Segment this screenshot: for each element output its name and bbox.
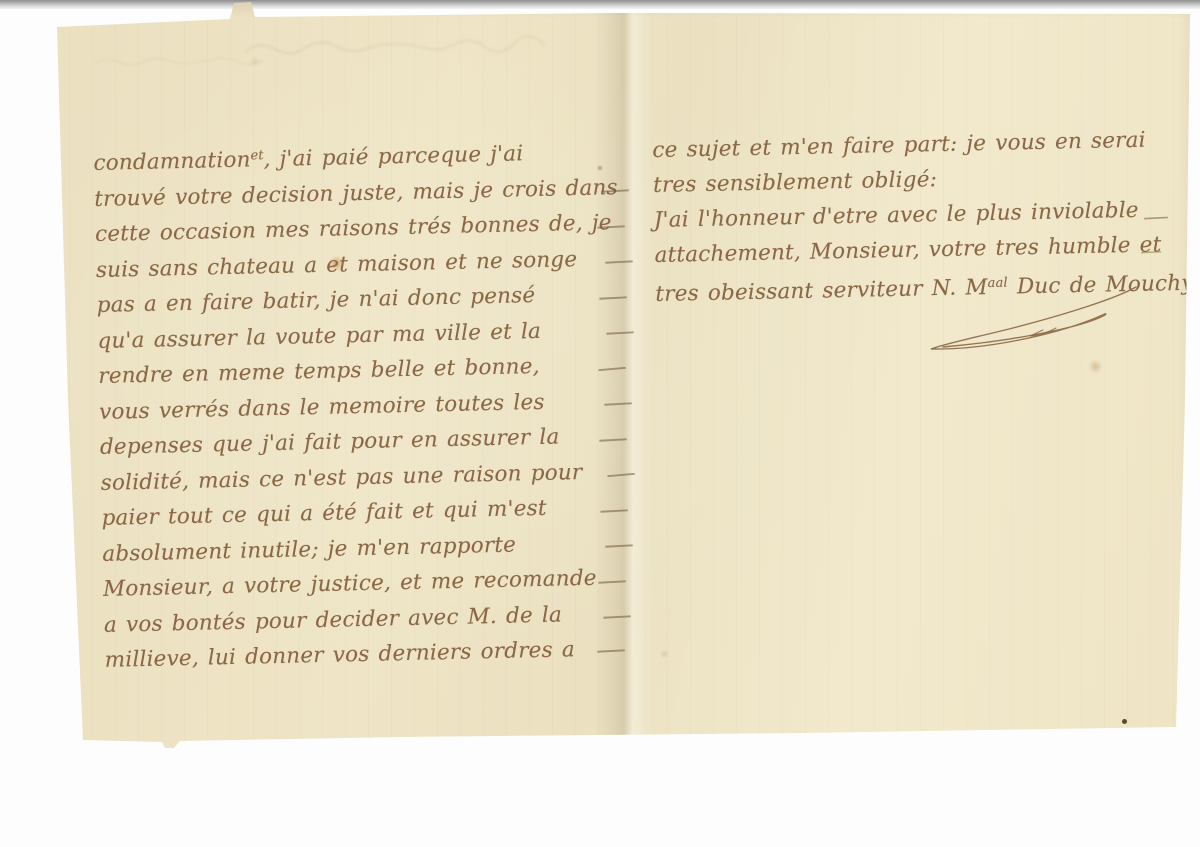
- foxing-spot: [597, 165, 603, 171]
- line-end-dash: —: [606, 468, 637, 481]
- line-end-dash: —: [603, 397, 633, 409]
- signature-paraph-flourish: [893, 283, 1148, 363]
- manuscript-text: , j'ai paié parceque j'ai: [263, 141, 523, 172]
- line-end-dash: —: [598, 433, 628, 445]
- line-end-dash: —: [600, 184, 630, 196]
- line-end-dash: —: [604, 539, 634, 551]
- bleedthrough-smudge: [95, 52, 265, 72]
- inserted-superscript-word: et: [250, 148, 263, 163]
- line-end-dash: —: [596, 644, 626, 656]
- line-end-dash: —: [597, 362, 628, 375]
- foxing-spot: [1122, 719, 1127, 724]
- foxing-spot: [250, 58, 260, 65]
- line-end-dash: —: [602, 610, 632, 622]
- letter-paper: condamnationet, j'ai paié parceque j'ai …: [0, 0, 1200, 847]
- manuscript-text: tres obeissant serviteur: [655, 276, 923, 307]
- line-end-dash: —: [599, 504, 629, 516]
- ink-blot: [328, 256, 345, 271]
- bleedthrough-smudge: [245, 34, 545, 64]
- foxing-spot: [660, 650, 669, 658]
- line-end-dash: —: [605, 326, 635, 338]
- scanner-background: condamnationet, j'ai paié parceque j'ai …: [0, 0, 1200, 847]
- foxing-spot: [1088, 360, 1103, 373]
- left-page-text: condamnationet, j'ai paié parceque j'ai …: [93, 130, 629, 678]
- scanner-edge-strip: [0, 0, 1200, 9]
- line-end-dash: —: [597, 575, 627, 587]
- manuscript-word: condamnation: [93, 147, 251, 176]
- line-end-dash: —: [598, 291, 628, 303]
- line-end-dash: —: [596, 220, 626, 232]
- line-end-dash: —: [604, 255, 634, 267]
